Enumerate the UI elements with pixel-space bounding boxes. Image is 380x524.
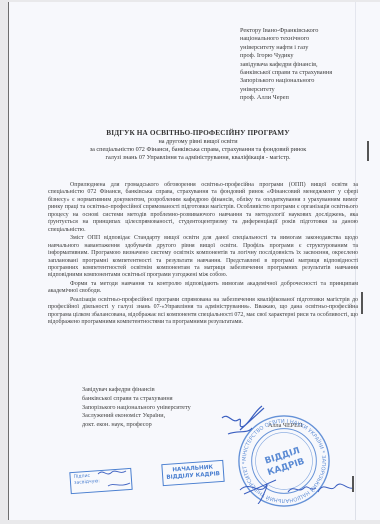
margin-mark xyxy=(352,476,354,492)
paragraph: Реалізація освітньо-професійної програми… xyxy=(48,297,358,327)
heading-subline: галузі знань 07 Управління та адміністру… xyxy=(38,154,358,162)
addressee-line: проф. Алли Череп xyxy=(240,94,380,102)
margin-mark xyxy=(361,292,363,314)
paragraph: Форми та методи навчання та контролю від… xyxy=(48,281,358,296)
addressee-line: університету нафти і газу xyxy=(240,44,380,52)
paragraph: Зміст ОПП відповідає Стандарту вищої осв… xyxy=(48,235,358,280)
addressee-line: Запорізького національного xyxy=(240,77,380,85)
signer-line: Завідувач кафедри фінансів xyxy=(82,386,252,395)
document-heading: ВІДГУК НА ОСВІТНЬО-ПРОФЕСІЙНУ ПРОГРАМУ н… xyxy=(38,128,358,163)
paragraph: Оприлюднена для громадського обговорення… xyxy=(48,182,358,234)
margin-mark xyxy=(367,141,369,161)
addressee-line: університету xyxy=(240,86,380,94)
heading-subline: за спеціальністю 072 Фінанси, банківська… xyxy=(38,146,358,154)
addressee-line: національного технічного xyxy=(240,35,380,43)
addressee-line: проф. Ігорю Чудику xyxy=(240,52,380,60)
heading-subline: на другому рівні вищої освіти xyxy=(38,138,358,146)
hr-signature-icon xyxy=(236,470,356,504)
review-body: Оприлюднена для громадського обговорення… xyxy=(48,182,358,327)
addressee-line: завідувача кафедри фінансів, xyxy=(240,61,380,69)
signer-line: банківської справи та страхування xyxy=(82,395,252,404)
document-title: ВІДГУК НА ОСВІТНЬО-ПРОФЕСІЙНУ ПРОГРАМУ xyxy=(38,128,358,138)
hr-head-stamp: НАЧАЛЬНИК ВІДДІЛУ КАДРІВ xyxy=(161,460,224,486)
addressee-line: Ректору Івано-Франківського xyxy=(240,27,380,35)
addressee-block: Ректору Івано-Франківського національног… xyxy=(240,27,380,103)
handwritten-initials-icon xyxy=(96,466,132,490)
addressee-line: банківської справи та страхування xyxy=(240,69,380,77)
